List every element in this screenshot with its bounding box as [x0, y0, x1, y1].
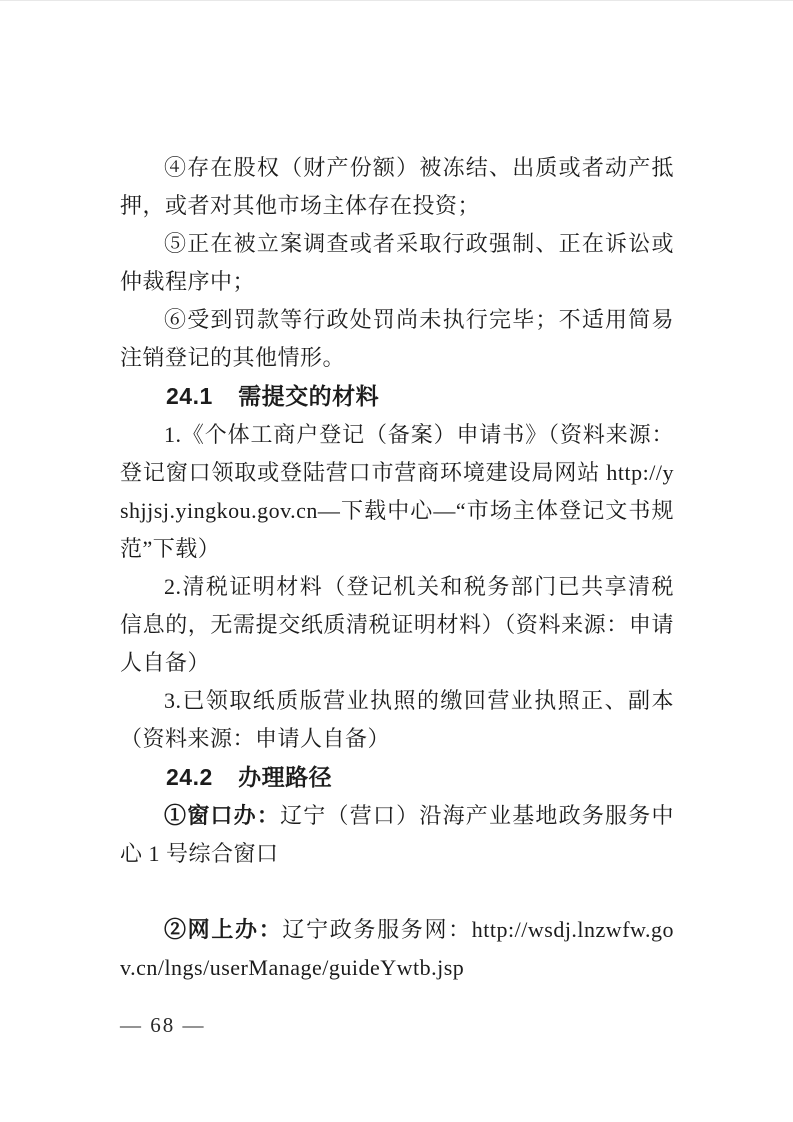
section-heading-24-1: 24.1需提交的材料: [120, 377, 674, 416]
material-item-1: 1.《个体工商户登记（备案）申请书》（资料来源：登记窗口领取或登陆营口市营商环境…: [120, 416, 674, 568]
document-body: ④存在股权（财产份额）被冻结、出质或者动产抵押，或者对其他市场主体存在投资； ⑤…: [120, 149, 674, 987]
section-title: 需提交的材料: [238, 384, 379, 409]
channel-online-label: ②网上办：: [164, 917, 282, 942]
section-title: 办理路径: [238, 765, 332, 790]
section-number: 24.2: [166, 764, 213, 790]
page-number: — 68 —: [120, 1013, 206, 1038]
blank-line: [120, 873, 674, 911]
clause-item-6: ⑥受到罚款等行政处罚尚未执行完毕；不适用简易注销登记的其他情形。: [120, 301, 674, 377]
clause-item-5: ⑤正在被立案调查或者采取行政强制、正在诉讼或仲裁程序中；: [120, 225, 674, 301]
material-item-2: 2.清税证明材料（登记机关和税务部门已共享清税信息的，无需提交纸质清税证明材料）…: [120, 568, 674, 682]
document-page: ④存在股权（财产份额）被冻结、出质或者动产抵押，或者对其他市场主体存在投资； ⑤…: [0, 0, 793, 1122]
section-heading-24-2: 24.2办理路径: [120, 758, 674, 797]
clause-item-4: ④存在股权（财产份额）被冻结、出质或者动产抵押，或者对其他市场主体存在投资；: [120, 149, 674, 225]
channel-online-paragraph: ②网上办：辽宁政务服务网：http://wsdj.lnzwfw.gov.cn/l…: [120, 911, 674, 987]
channel-window-paragraph: ①窗口办：辽宁（营口）沿海产业基地政务服务中心 1 号综合窗口: [120, 797, 674, 873]
channel-window-label: ①窗口办：: [164, 803, 280, 828]
material-item-3: 3.已领取纸质版营业执照的缴回营业执照正、副本（资料来源：申请人自备）: [120, 682, 674, 758]
section-number: 24.1: [166, 383, 213, 409]
